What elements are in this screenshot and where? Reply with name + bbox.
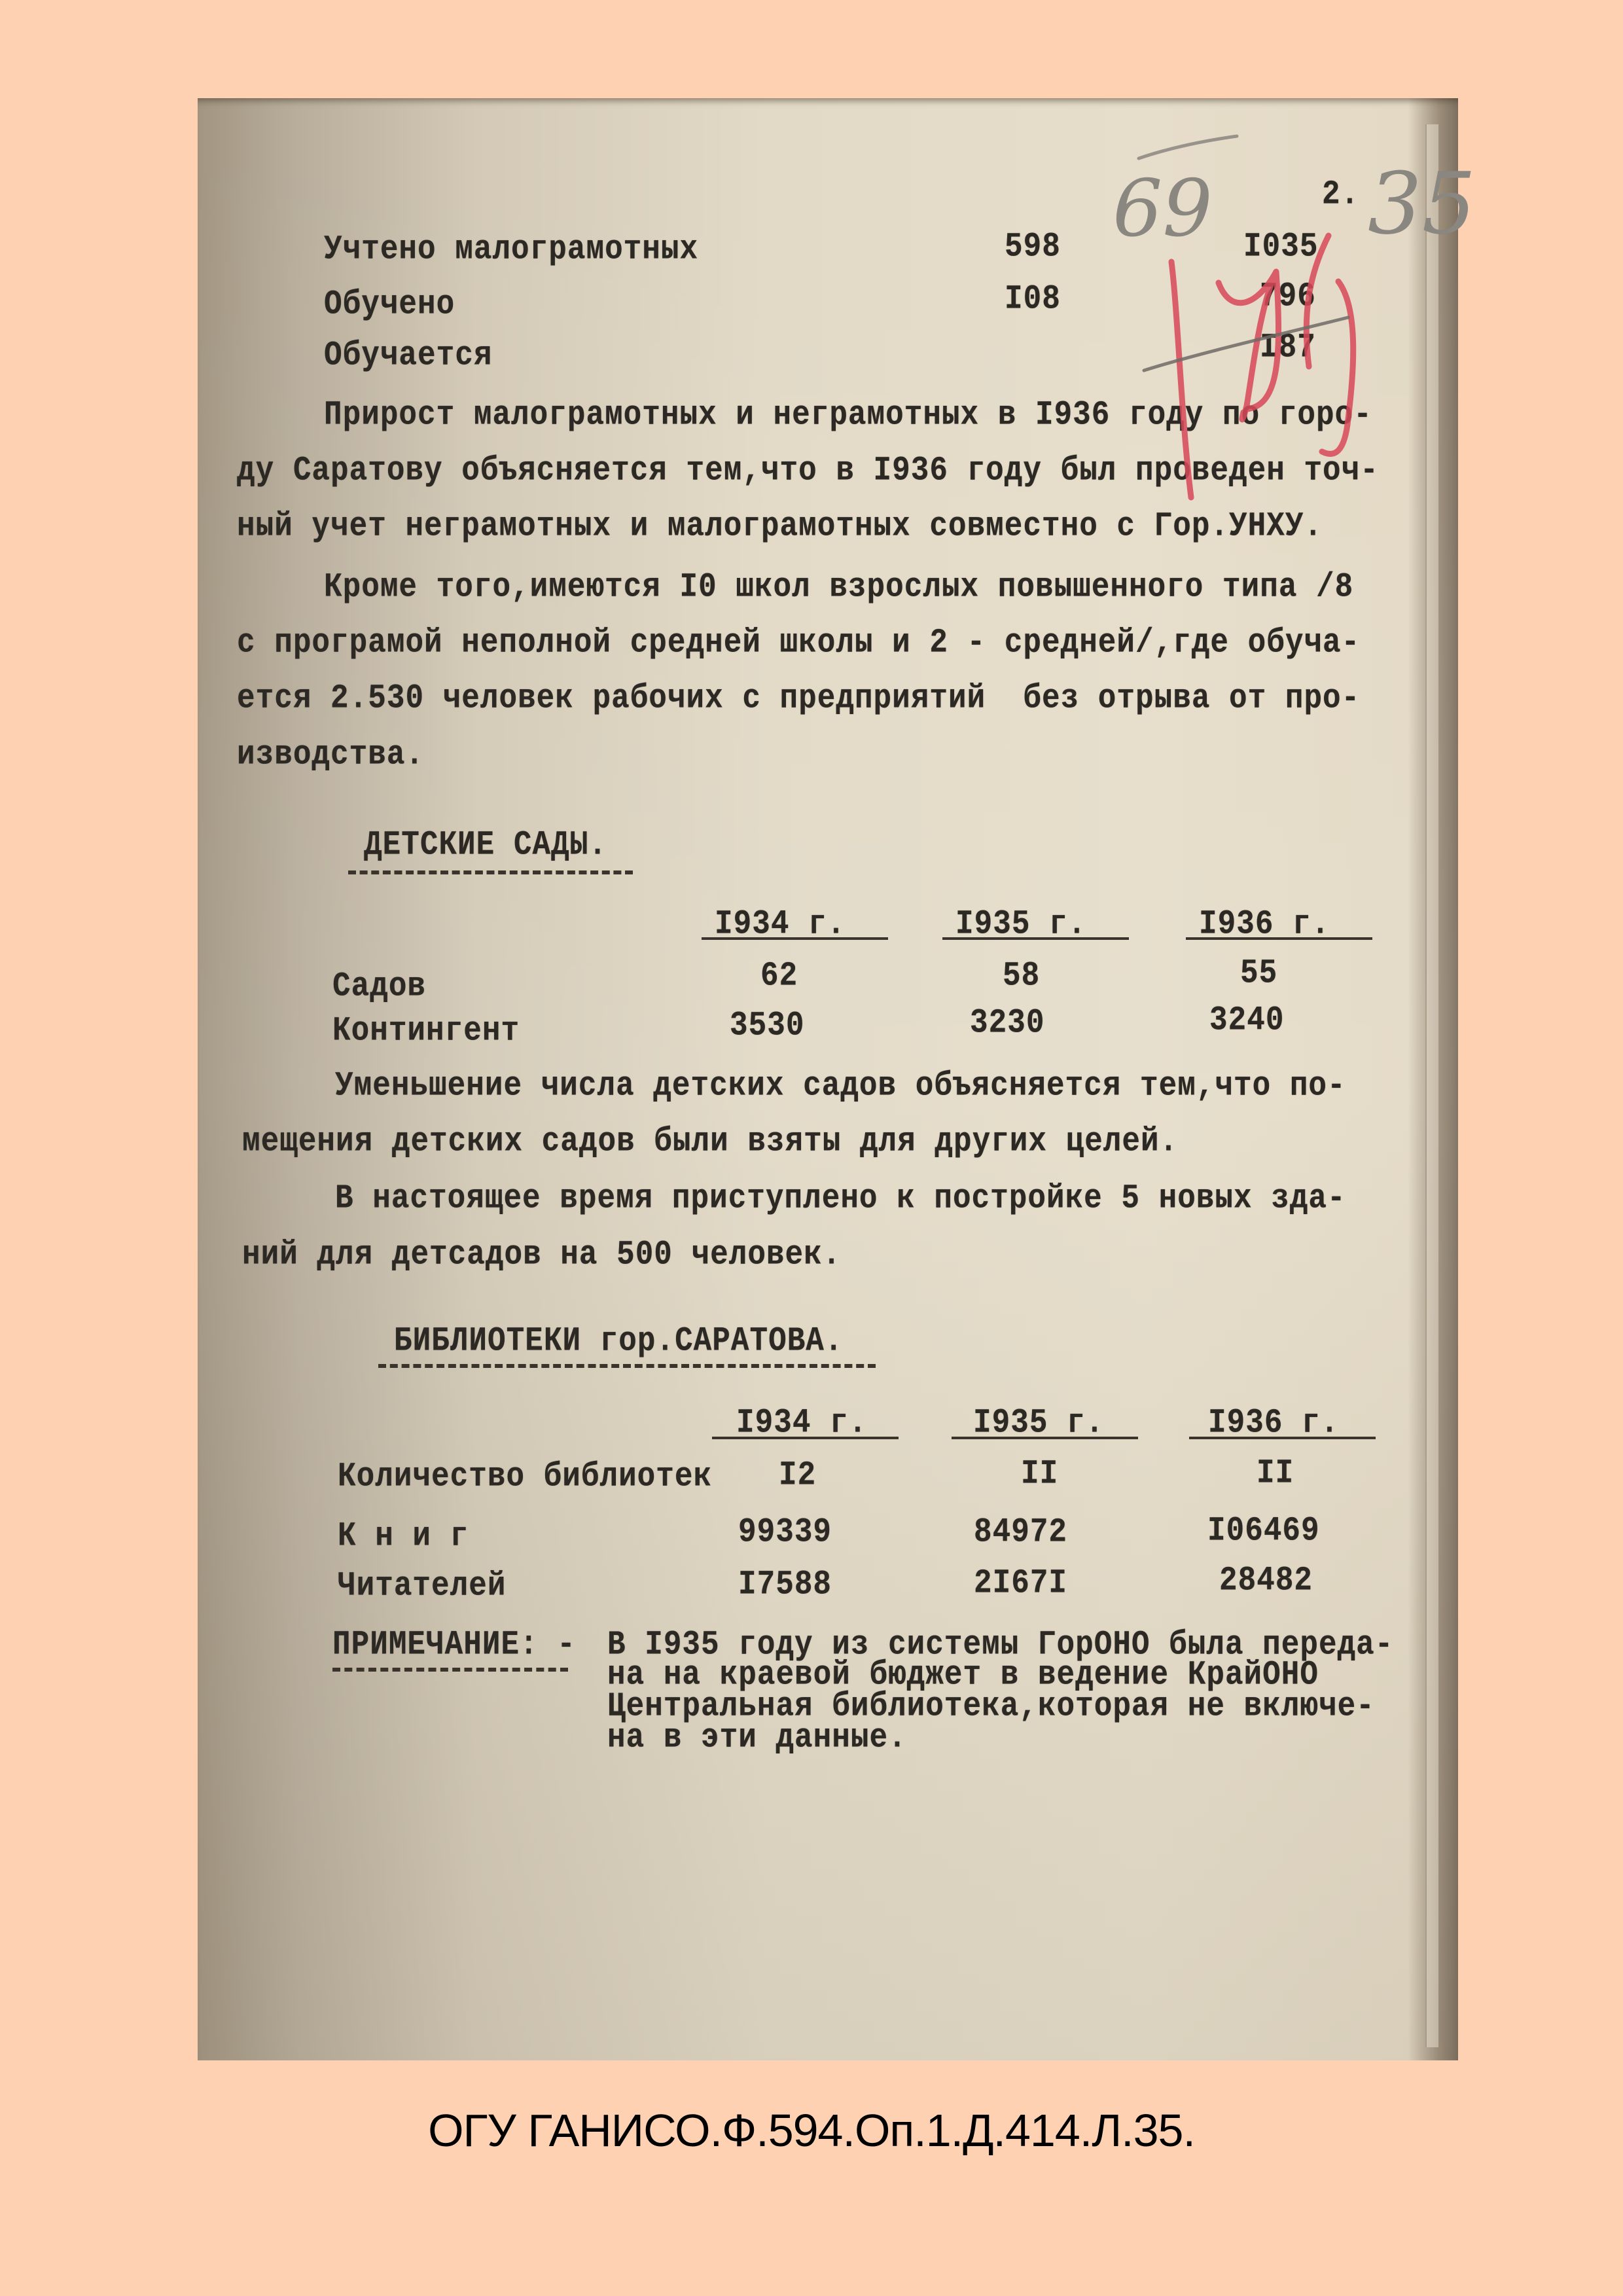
lib-row-1-1935: 84972: [974, 1513, 1067, 1551]
paragraph-1-line-2: ный учет неграмотных и малограмотных сов…: [237, 507, 1323, 545]
lib-note-label-underline: [332, 1668, 568, 1672]
lib-row-2-1936: 28482: [1219, 1562, 1313, 1600]
libraries-title: БИБЛИОТЕКИ гор.САРАТОВА.: [394, 1322, 844, 1360]
lib-row-2-1934: I7588: [738, 1566, 832, 1604]
lib-note-label: ПРИМЕЧАНИЕ: -: [332, 1626, 576, 1664]
paragraph-2-line-3: изводства.: [237, 736, 424, 774]
paragraph-2-line-2: ется 2.530 человек рабочих с предприятий…: [237, 679, 1360, 717]
literacy-label-1: Обучено: [324, 285, 455, 323]
lib-row-1-1934: 99339: [738, 1513, 832, 1551]
lib-col-1934-underline: [712, 1437, 899, 1439]
page-edge: [1425, 124, 1438, 2047]
kg-row-0-1935: 58: [1003, 957, 1040, 995]
lib-row-1-1936: I06469: [1207, 1512, 1320, 1550]
kg-row-1-1935: 3230: [970, 1004, 1044, 1042]
lib-row-0-1936: II: [1257, 1454, 1294, 1492]
lib-row-0-1935: II: [1021, 1455, 1058, 1493]
paragraph-2-line-1: с програмой неполной средней школы и 2 -…: [237, 624, 1360, 662]
kg-paragraph-2-line-1: ний для детсадов на 500 человек.: [242, 1236, 841, 1274]
lib-note-line-3: на в эти данные.: [607, 1719, 907, 1757]
paragraph-2-line-0: Кроме того,имеются I0 школ взрослых повы…: [324, 568, 1353, 606]
kg-row-1-1934: 3530: [730, 1007, 804, 1045]
kg-row-1-1936: 3240: [1209, 1001, 1284, 1039]
kindergartens-title-underline: [348, 870, 633, 874]
literacy-v2-2: I87: [1260, 329, 1316, 367]
typed-page-number: 2.: [1322, 175, 1359, 213]
kindergartens-title: ДЕТСКИЕ САДЫ.: [364, 826, 607, 864]
pencil-sheet-number: 35: [1368, 154, 1476, 253]
literacy-v2-0: I035: [1243, 228, 1318, 266]
kg-row-label-0: Садов: [332, 967, 426, 1005]
archive-reference-caption: ОГУ ГАНИСО.Ф.594.Оп.1.Д.414.Л.35.: [0, 2104, 1623, 2157]
kg-row-label-1: Контингент: [332, 1012, 520, 1050]
literacy-v1-1: I08: [1005, 280, 1061, 318]
lib-row-0-1934: I2: [779, 1456, 816, 1494]
lib-col-1936-underline: [1189, 1437, 1376, 1439]
kg-paragraph-1-line-0: Уменьшение числа детских садов объясняет…: [335, 1067, 1346, 1105]
literacy-label-2: Обучается: [324, 336, 492, 374]
kg-paragraph-1-line-1: мещения детских садов были взяты для дру…: [242, 1122, 1178, 1160]
paragraph-1-line-1: ду Саратову объясняется тем,что в I936 г…: [237, 452, 1379, 490]
literacy-v2-1: 796: [1260, 278, 1316, 315]
lib-row-label-0: Количество библиотек: [338, 1458, 712, 1496]
kg-col-1934-underline: [702, 937, 888, 940]
lib-row-label-2: Читателей: [338, 1567, 506, 1605]
lib-row-label-1: К н и г: [338, 1517, 469, 1555]
literacy-label-0: Учтено малограмотных: [324, 230, 698, 268]
kg-col-1936-underline: [1186, 937, 1372, 940]
kg-paragraph-2-line-0: В настоящее время приступлено к постройк…: [335, 1179, 1346, 1217]
lib-col-1935-underline: [952, 1437, 1138, 1439]
libraries-title-underline: [378, 1364, 876, 1368]
kg-row-0-1934: 62: [760, 957, 798, 995]
paragraph-1-line-0: Прирост малограмотных и неграмотных в I9…: [324, 396, 1372, 434]
pencil-sheet-number-crossed: 69: [1113, 164, 1213, 255]
literacy-v1-0: 598: [1005, 228, 1061, 266]
kg-col-1935-underline: [942, 937, 1129, 940]
kg-row-0-1936: 55: [1240, 954, 1277, 992]
lib-row-2-1935: 2I67I: [974, 1564, 1067, 1602]
